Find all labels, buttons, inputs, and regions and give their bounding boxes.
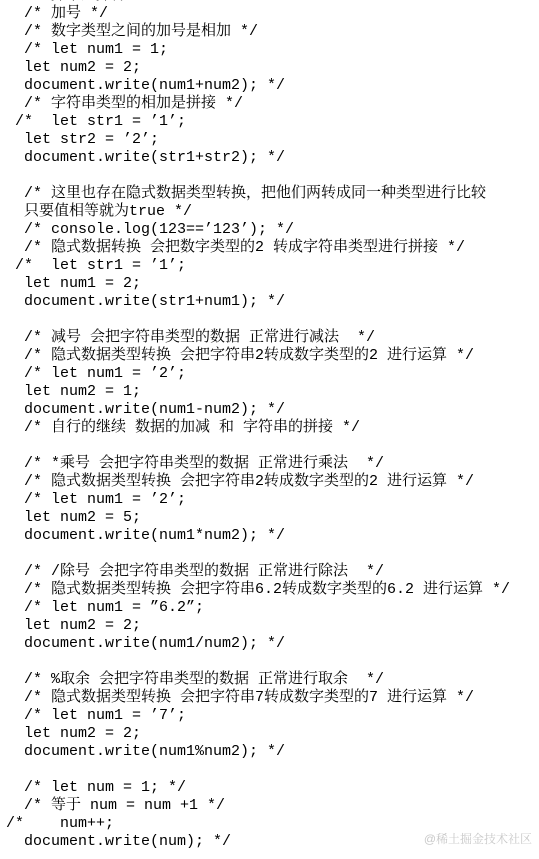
code-block: /* 算术运算符 */ /* 加号 */ /* 数字类型之间的加号是相加 */ …	[0, 0, 510, 851]
code-line: document.write(str1+str2); */	[6, 149, 510, 167]
code-line: /* let str1 = ’1’;	[6, 113, 510, 131]
code-line: /* 等于 num = num +1 */	[6, 797, 510, 815]
code-line: /* *乘号 会把字符串类型的数据 正常进行乘法 */	[6, 455, 510, 473]
code-line: let str2 = ’2’;	[6, 131, 510, 149]
code-line: /* /除号 会把字符串类型的数据 正常进行除法 */	[6, 563, 510, 581]
code-line: /* 减号 会把字符串类型的数据 正常进行减法 */	[6, 329, 510, 347]
code-line: let num2 = 2;	[6, 59, 510, 77]
code-line: document.write(num1%num2); */	[6, 743, 510, 761]
code-line: let num2 = 2;	[6, 617, 510, 635]
code-line: /* 数字类型之间的加号是相加 */	[6, 23, 510, 41]
code-line	[6, 437, 510, 455]
code-line: /* let num1 = ’7’;	[6, 707, 510, 725]
code-line: /* let num = 1; */	[6, 779, 510, 797]
code-line: /* console.log(123==’123’); */	[6, 221, 510, 239]
code-line: /* 隐式数据类型转换 会把字符串6.2转成数字类型的6.2 进行运算 */	[6, 581, 510, 599]
code-line: /* let num1 = ”6.2”;	[6, 599, 510, 617]
code-line: document.write(num1+num2); */	[6, 77, 510, 95]
code-line: /* let num1 = ’2’;	[6, 365, 510, 383]
code-line: /* 隐式数据类型转换 会把字符串7转成数字类型的7 进行运算 */	[6, 689, 510, 707]
code-line: /* 隐式数据转换 会把数字类型的2 转成字符串类型进行拼接 */	[6, 239, 510, 257]
code-line: document.write(str1+num1); */	[6, 293, 510, 311]
code-line	[6, 653, 510, 671]
code-line	[6, 545, 510, 563]
code-line: let num2 = 1;	[6, 383, 510, 401]
page: { "page": { "background": "#ffffff" }, "…	[0, 0, 539, 859]
code-line	[6, 167, 510, 185]
code-line: let num1 = 2;	[6, 275, 510, 293]
code-line: let num2 = 5;	[6, 509, 510, 527]
code-line: /* let num1 = 1;	[6, 41, 510, 59]
code-line: /* 字符串类型的相加是拼接 */	[6, 95, 510, 113]
code-line: /* 这里也存在隐式数据类型转换，把他们两转成同一种类型进行比较	[6, 185, 510, 203]
code-line: let num2 = 2;	[6, 725, 510, 743]
code-line: document.write(num1*num2); */	[6, 527, 510, 545]
code-line: document.write(num1/num2); */	[6, 635, 510, 653]
code-line	[6, 761, 510, 779]
code-line: document.write(num1-num2); */	[6, 401, 510, 419]
code-line: /* %取余 会把字符串类型的数据 正常进行取余 */	[6, 671, 510, 689]
code-line	[6, 311, 510, 329]
code-line: /* 隐式数据类型转换 会把字符串2转成数字类型的2 进行运算 */	[6, 347, 510, 365]
code-line: /* 自行的继续 数据的加减 和 字符串的拼接 */	[6, 419, 510, 437]
code-line: /* let str1 = ’1’;	[6, 257, 510, 275]
code-line: /* 隐式数据类型转换 会把字符串2转成数字类型的2 进行运算 */	[6, 473, 510, 491]
code-line: /* let num1 = ’2’;	[6, 491, 510, 509]
watermark: @稀土掘金技术社区	[424, 830, 532, 847]
code-line: 只要值相等就为true */	[6, 203, 510, 221]
code-line: /* 加号 */	[6, 5, 510, 23]
